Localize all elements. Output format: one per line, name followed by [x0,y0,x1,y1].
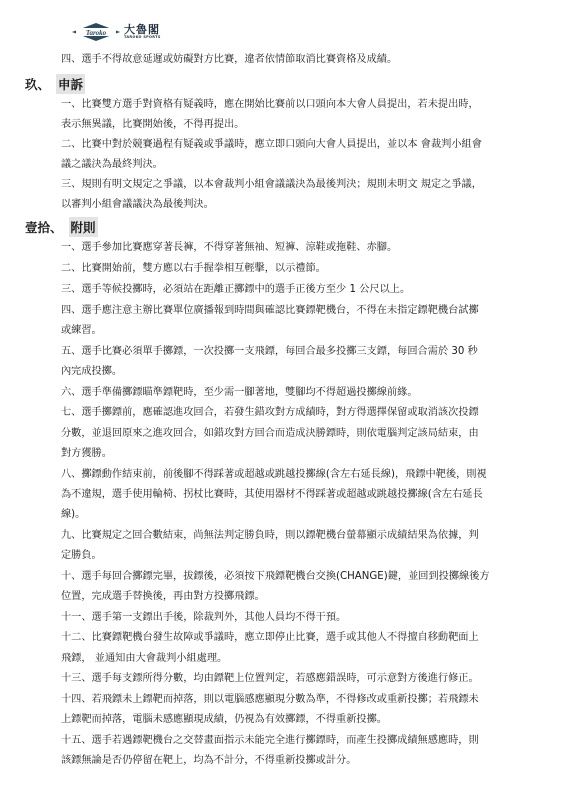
section-number: 玖、 [25,75,50,93]
rule-line: 內完成投擲。 [61,365,122,379]
rule-line: 該鏢無論是否仍停留在靶上，均為不計分，不得重新投擲或計分。 [61,754,356,768]
rule-line: 飛鏢， 並通知由大會裁判小組處理。 [61,652,227,666]
rule-line: 四、選手不得故意延遲或妨礙對方比賽，違者依情節取消比賽資格及成績。 [61,53,397,67]
logo-chinese-name: 大魯閣 [124,24,161,35]
rule-line: 十四、若飛鏢未上鏢靶而掉落，則以電腦感應顯現分數為準，不得修改或重新投擲；若飛鏢… [61,693,479,707]
rule-line: 一、選手參加比賽應穿著長褲，不得穿著無袖、短褲、涼鞋或拖鞋、赤腳。 [61,241,397,255]
rule-line: 四、選手應注意主辦比賽單位廣播報到時間與確認比賽鏢靶機台，不得在未指定鏢靶機台試… [61,304,479,318]
rule-line: 對方獲勝。 [61,447,112,461]
rule-line: 九、比賽規定之回合數結束，尚無法判定勝負時，則以鏢靶機台螢幕顯示成績結果為依據，… [61,529,479,543]
section-title: 附則 [69,217,98,237]
rule-line: 以審判小組會議議決為最後判決。 [61,198,214,212]
rule-line: 為不違規，選手使用輪椅、拐杖比賽時，其使用器材不得踩著或超越或跳越投擲線(含左右… [61,488,483,502]
taroko-logo: Taroko 大魯閣 TAROKO SPORTS [72,20,161,44]
rule-line: 表示無異議，比賽開始後，不得再提出。 [61,118,244,132]
rule-line: 六、選手準備擲鏢瞄準鏢靶時，至少需一腳著地，雙腳均不得超過投擲線前緣。 [61,386,418,400]
rule-line: 七、選手擲鏢前，應確認進攻回合，若發生錯攻對方成績時，對方得選擇保留或取消該次投… [61,406,479,420]
rule-line: 三、規則有明文規定之爭議，以本會裁判小組會議議決為最後判決；規則未明文 規定之爭… [61,178,482,192]
rule-line: 一、比賽雙方選手對資格有疑義時，應在開始比賽前以口頭向本大會人員提出，若未提出時… [61,98,479,112]
svg-text:Taroko: Taroko [86,29,107,37]
rule-line: 議之議決為最終判決。 [61,158,163,172]
taroko-badge-icon: Taroko [72,23,120,41]
rule-line: 分數，並退回原來之進攻回合，如錯攻對方回合而造成決勝鏢時，則依電腦判定該局結束，… [61,427,479,441]
rule-line: 五、選手比賽必須單手擲鏢，一次投擲一支飛鏢，每回合最多投擲三支鏢，每回合需於 3… [61,345,478,359]
rule-line: 二、比賽中對於競賽過程有疑義或爭議時，應立即口頭向大會人員提出，並以本 會裁判小… [61,138,482,152]
logo-english-name: TAROKO SPORTS [124,36,161,40]
rule-line: 位置，完成選手替換後，再由對方投擲飛鏢。 [61,590,265,604]
rule-line: 十二、比賽鏢靶機台發生故障或爭議時，應立即停止比賽，選手或其他人不得擅自移動靶面… [61,631,479,645]
rule-line: 三、選手等候投擲時，必須站在距離正擲鏢中的選手正後方至少 1 公尺以上。 [61,283,410,297]
section-heading-appeal: 玖、 申訴 [25,74,85,94]
section-number: 壹拾、 [25,218,63,236]
rule-line: 線)。 [61,508,85,522]
rule-line: 定勝負。 [61,549,102,563]
rule-line: 八、擲鏢動作結束前，前後腳不得踩著或超越或跳越投擲線(含左右延長線)，飛鏢中靶後… [61,468,487,482]
section-title: 申訴 [56,74,85,94]
section-heading-supplementary: 壹拾、 附則 [25,217,98,237]
rule-line: 二、比賽開始前，雙方應以右手握拳相互輕擊，以示禮節。 [61,262,326,276]
rule-line: 十、選手每回合擲鏢完畢，拔鏢後，必須按下飛鏢靶機台交換(CHANGE)鍵，並回到… [61,570,490,584]
rule-line: 上鏢靶而掉落，電腦未感應顯現成績，仍視為有效擲鏢，不得重新投擲。 [61,713,387,727]
rule-line: 或練習。 [61,324,102,338]
rule-line: 十三、選手每支鏢所得分數，均由鏢靶上位置判定，若感應錯誤時，可示意對方後進行修正… [61,672,479,686]
rule-line: 十五、選手若遇鏢靶機台之交替畫面指示未能完全進行擲鏢時，而產生投擲成績無感應時，… [61,734,479,748]
rule-line: 十一、選手第一支鏢出手後，除裁判外，其他人員均不得干預。 [61,611,346,625]
